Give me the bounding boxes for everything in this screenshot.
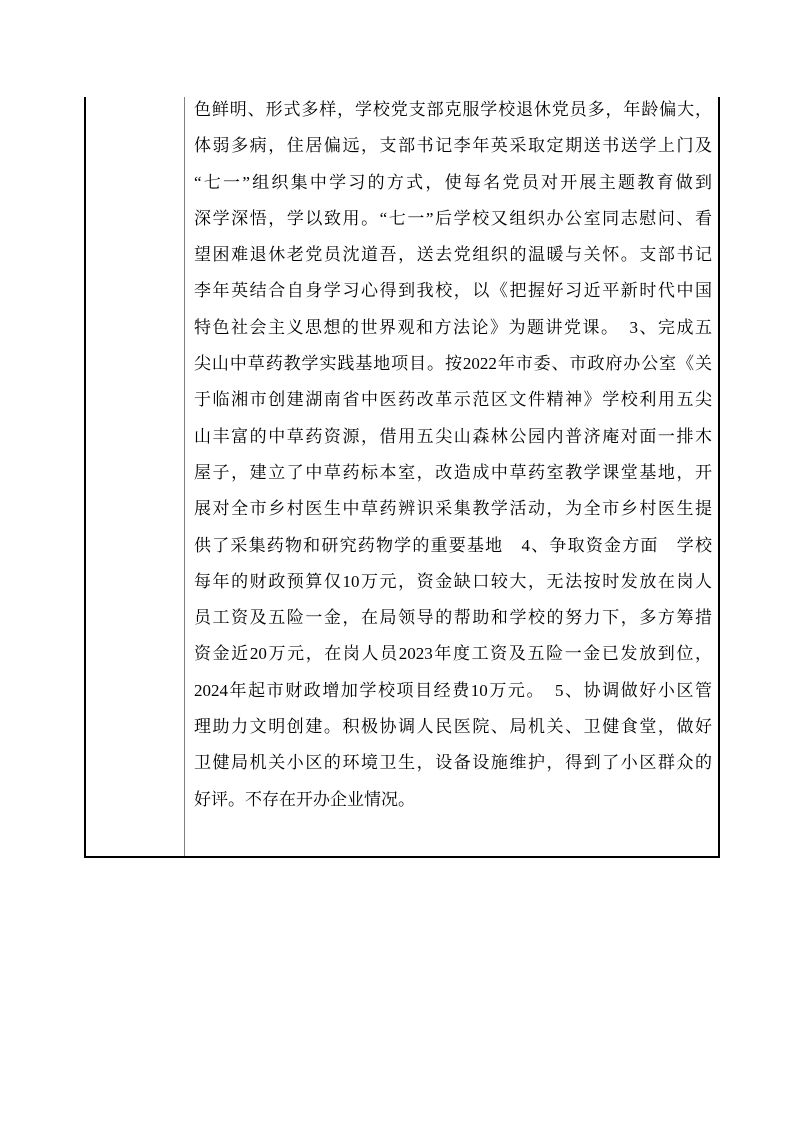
text-line: 李年英结合自身学习心得到我校，以《把握好习近平新时代中国 [194,273,712,309]
text-line: “七一”组织集中学习的方式，使每名党员对开展主题教育做到 [194,165,712,201]
text-line: 好评。不存在开办企业情况。 [194,782,712,818]
text-line: 展对全市乡村医生中草药辨识采集教学活动，为全市乡村医生提 [194,491,712,527]
table-content-cell: 色鲜明、形式多样，学校党支部克服学校退休党员多，年龄偏大，体弱多病，住居偏远，支… [185,97,718,856]
report-paragraph: 色鲜明、形式多样，学校党支部克服学校退休党员多，年龄偏大，体弱多病，住居偏远，支… [194,92,712,818]
document-page: 色鲜明、形式多样，学校党支部克服学校退休党员多，年龄偏大，体弱多病，住居偏远，支… [0,0,794,1122]
text-line: 望困难退休老党员沈道吾，送去党组织的温暖与关怀。支部书记 [194,237,712,273]
text-line: 色鲜明、形式多样，学校党支部克服学校退休党员多，年龄偏大， [194,92,712,128]
text-line: 山丰富的中草药资源，借用五尖山森林公园内普济庵对面一排木 [194,419,712,455]
text-line: 每年的财政预算仅10万元，资金缺口较大，无法按时发放在岗人 [194,564,712,600]
text-line: 2024年起市财政增加学校项目经费10万元。 5、协调做好小区管 [194,673,712,709]
text-line: 深学深悟，学以致用。“七一”后学校又组织办公室同志慰问、看 [194,201,712,237]
table-label-cell [86,97,185,856]
text-line: 供了采集药物和研究药物学的重要基地 4、争取资金方面 学校 [194,528,712,564]
text-line: 员工资及五险一金，在局领导的帮助和学校的努力下，多方筹措 [194,600,712,636]
text-line: 尖山中草药教学实践基地项目。按2022年市委、市政府办公室《关 [194,346,712,382]
text-line: 屋子，建立了中草药标本室，改造成中草药室教学课堂基地，开 [194,455,712,491]
text-line: 资金近20万元，在岗人员2023年度工资及五险一金已发放到位， [194,636,712,672]
report-table: 色鲜明、形式多样，学校党支部克服学校退休党员多，年龄偏大，体弱多病，住居偏远，支… [84,97,720,858]
text-line: 卫健局机关小区的环境卫生，设备设施维护，得到了小区群众的 [194,745,712,781]
text-line: 体弱多病，住居偏远，支部书记李年英采取定期送书送学上门及 [194,128,712,164]
text-line: 特色社会主义思想的世界观和方法论》为题讲党课。 3、完成五 [194,310,712,346]
text-line: 于临湘市创建湖南省中医药改革示范区文件精神》学校利用五尖 [194,382,712,418]
text-line: 理助力文明创建。积极协调人民医院、局机关、卫健食堂，做好 [194,709,712,745]
